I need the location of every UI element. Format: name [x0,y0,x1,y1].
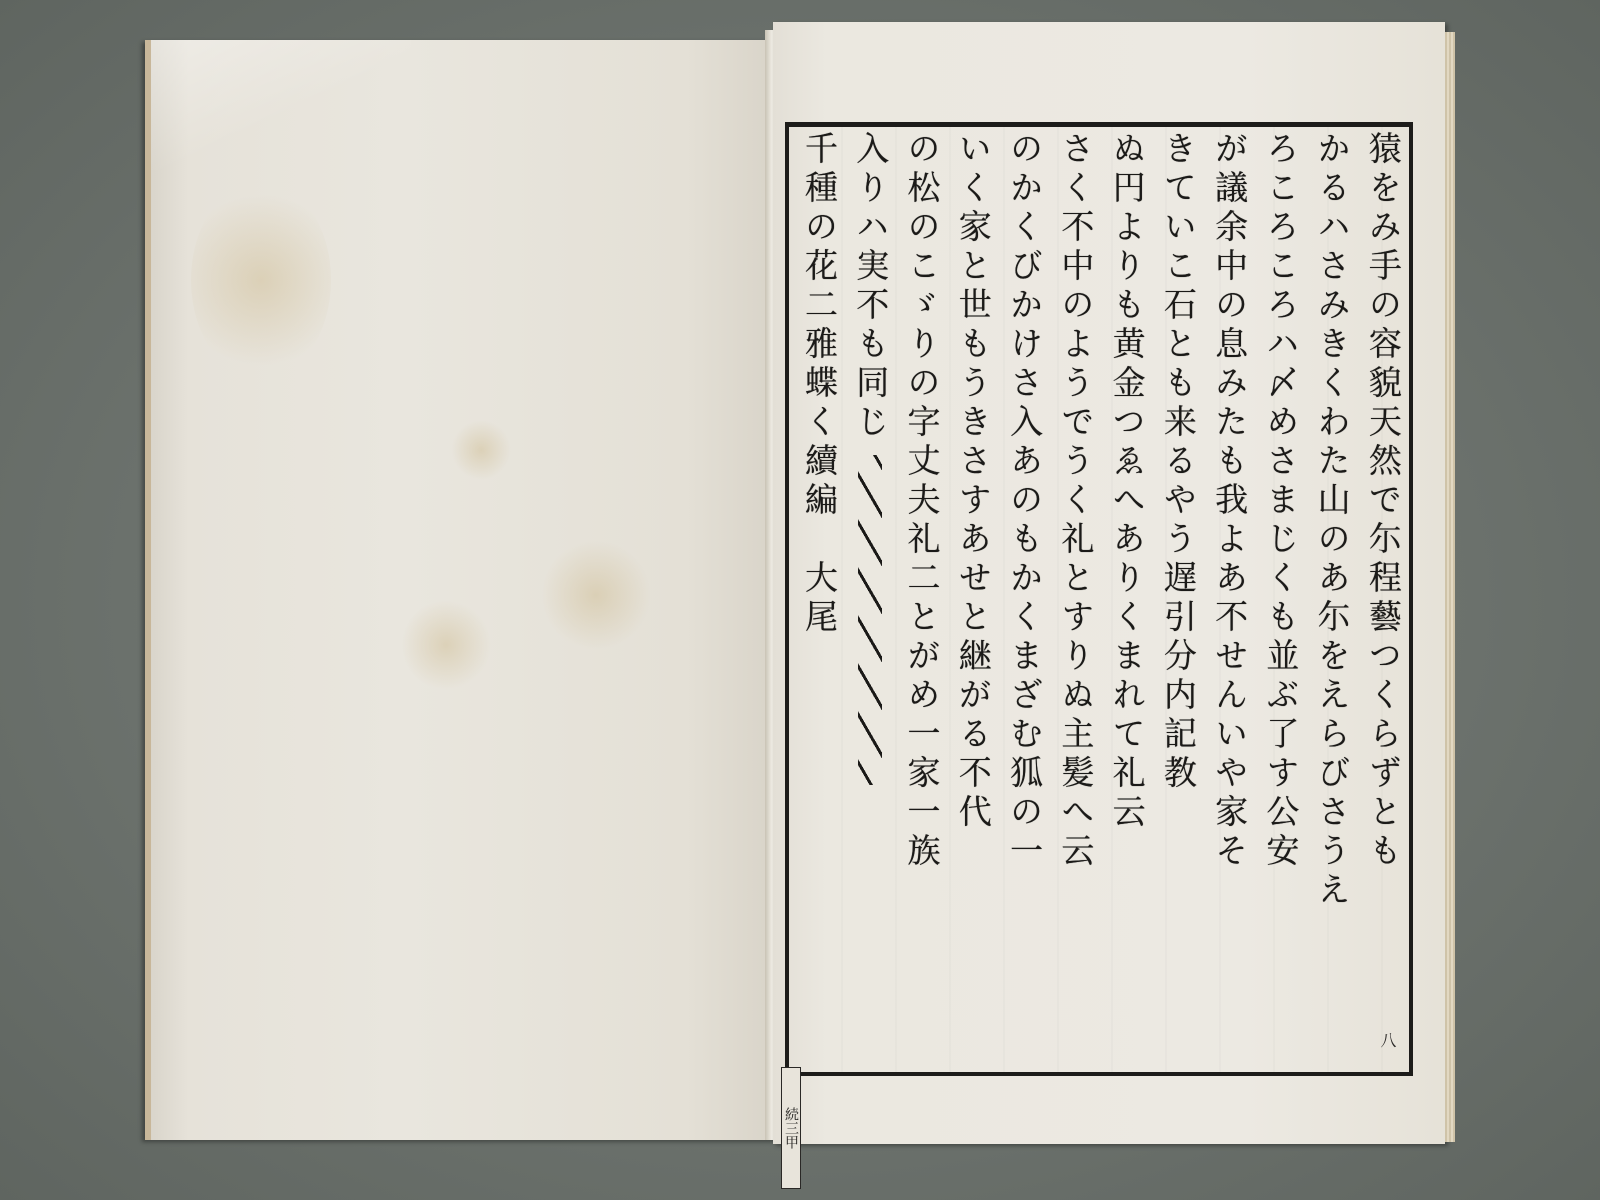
repeat-mark-line [858,455,882,785]
printed-text-frame: 猿をみ手の容貌天然で尓程藝つくらずとも かるハさみきくわた山のあ尓をえらびさうえ… [785,122,1413,1076]
text-column: さく不中のようでうく礼とすりぬ主髪へ云 [1053,131,1097,1068]
text-column: のかくびかけさ入あのもかくまざむ狐の一 [1002,131,1046,1068]
text-column: ろころころハ〆めさまじくも並ぶ了す公安 [1258,131,1302,1068]
left-page-blank [145,40,779,1140]
text-column: きていこ石とも来るやう遅引分内記教 [1156,131,1200,1068]
text-column: いく家と世もうきさすあせと継がる不代 [951,131,995,1068]
text-column: ぬ円よりも黄金つゑへありくまれて礼云 [1105,131,1149,1068]
foxing-stain [541,540,651,650]
sequel-title: 續編 [800,443,839,521]
text-column: 猿をみ手の容貌天然で尓程藝つくらずとも [1361,131,1405,1068]
text-column-body: 入りハ実不も同じ [851,131,890,443]
foxing-stain [451,420,511,480]
text-column: が議余中の息みたも我よあ不せんいや家そ [1207,131,1251,1068]
end-mark: 大尾 [800,560,839,638]
foxing-stain [401,600,491,690]
text-columns: 猿をみ手の容貌天然で尓程藝つくらずとも かるハさみきくわた山のあ尓をえらびさうえ… [797,131,1405,1068]
closing-column: 千種の花二雅蝶く續編 大尾 [797,131,841,1068]
right-page-text: 猿をみ手の容貌天然で尓程藝つくらずとも かるハさみきくわた山のあ尓をえらびさうえ… [773,22,1445,1144]
closing-text: 千種の花二雅蝶く [800,131,839,443]
foxing-stain [191,180,331,380]
text-column: かるハさみきくわた山のあ尓をえらびさうえ [1310,131,1354,1068]
margin-page-number: 八 [1376,1032,1399,1048]
text-column-with-repeat-marks: 入りハ実不も同じ [848,131,892,1068]
text-column: の松のこゞりの字丈夫礼二とがめ一家一族 [900,131,944,1068]
spine-label: 続三甲 [781,1067,801,1189]
